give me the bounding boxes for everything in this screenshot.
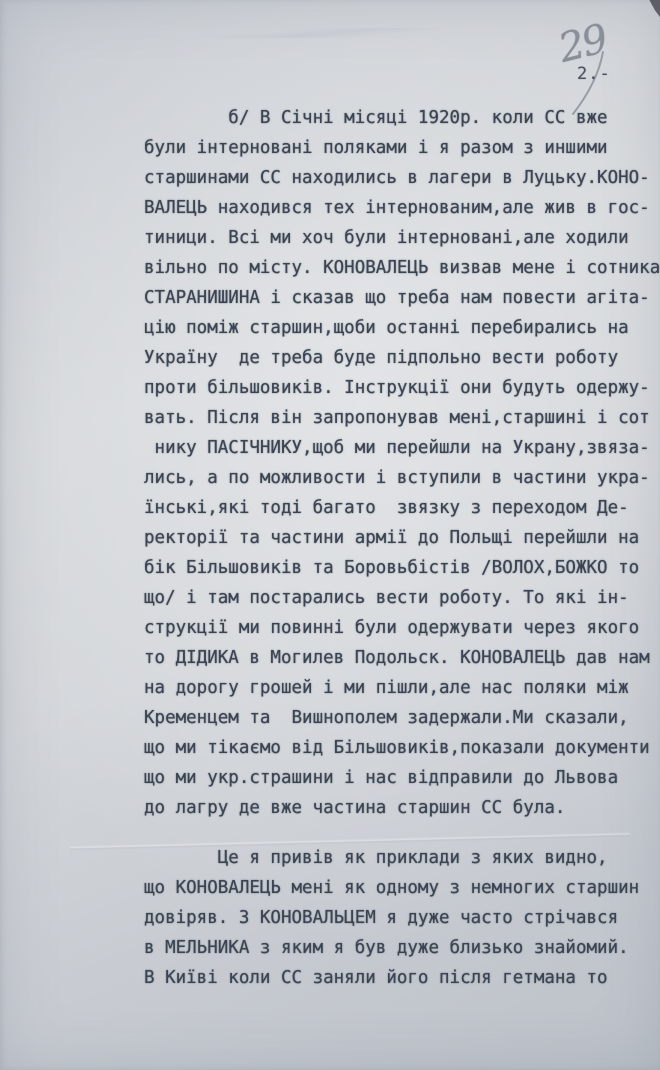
text-line: до лагру де вже частина старшин СС була. (144, 793, 660, 823)
text-line: ректорії та частини армії до Польщі пере… (144, 523, 660, 553)
text-line: нику ПАСІЧНИКУ,щоб ми перейшли на Украну… (144, 433, 660, 463)
text-line: що ми тікаємо від Більшовиків,показали д… (144, 733, 660, 763)
typewritten-text: б/ В Січні місяці 1920р. коли СС вжебули… (144, 103, 660, 993)
text-line: вать. Після він запропонував мені,старши… (144, 403, 660, 433)
text-line: лись, а по можливости і вступили в части… (144, 463, 660, 493)
text-line: були інтерновані поляками і я разом з ин… (144, 133, 660, 163)
text-line: Україну де треба буде підпольно вести ро… (144, 343, 660, 373)
text-line: ВАЛЕЦЬ находився тех інтернованим,але жи… (144, 193, 660, 223)
text-line: СТАРАНИШИНА і сказав що треба нам повест… (144, 283, 660, 313)
text-line: бік Більшовиків та Боровьбістів /ВОЛОХ,Б… (144, 553, 660, 583)
text-line: старшинами СС находились в лагери в Луць… (144, 163, 660, 193)
text-line: цію поміж старшин,щоби останні перебирал… (144, 313, 660, 343)
text-line: вільно по місту. КОНОВАЛЕЦЬ визвав мене … (144, 253, 660, 283)
text-line: в МЕЛЬНИКА з яким я був дуже близько зна… (144, 933, 660, 963)
text-line: довіряв. З КОНОВАЛЬЦЕМ я дуже часто стрі… (144, 903, 660, 933)
paragraph: Це я привів як приклади з яких видно,що … (144, 843, 660, 993)
paragraph: б/ В Січні місяці 1920р. коли СС вжебули… (144, 103, 660, 823)
text-line: б/ В Січні місяці 1920р. коли СС вже (144, 103, 660, 133)
text-line: що ми укр.страшини і нас відправили до Л… (144, 763, 660, 793)
text-line: що КОНОВАЛЕЦЬ мені як одному з немногих … (144, 873, 660, 903)
text-line: проти більшовиків. Інструкції они будуть… (144, 373, 660, 403)
typed-page-number: 2.- (577, 64, 611, 84)
text-line: що/ і там постарались вести роботу. То я… (144, 583, 660, 613)
scan-corner-artifact (647, 0, 660, 17)
text-line: Це я привів як приклади з яких видно, (144, 843, 660, 873)
text-line: то ДІДИКА в Могилев Подольск. КОНОВАЛЕЦЬ… (144, 643, 660, 673)
text-line: на дорогу грошей і ми пішли,але нас поля… (144, 673, 660, 703)
text-line: Кременцем та Вишнополем задержали.Ми ска… (144, 703, 660, 733)
text-line: струкції ми повинні були одержувати чере… (144, 613, 660, 643)
text-line: В Київі коли СС заняли його після гетман… (144, 963, 660, 993)
text-line: їнські,які тоді багато звязку з переходо… (144, 493, 660, 523)
scanned-document-page: 29 2.- б/ В Січні місяці 1920р. коли СС … (0, 0, 660, 1070)
text-line: тиници. Всі ми хоч були інтерновані,але … (144, 223, 660, 253)
